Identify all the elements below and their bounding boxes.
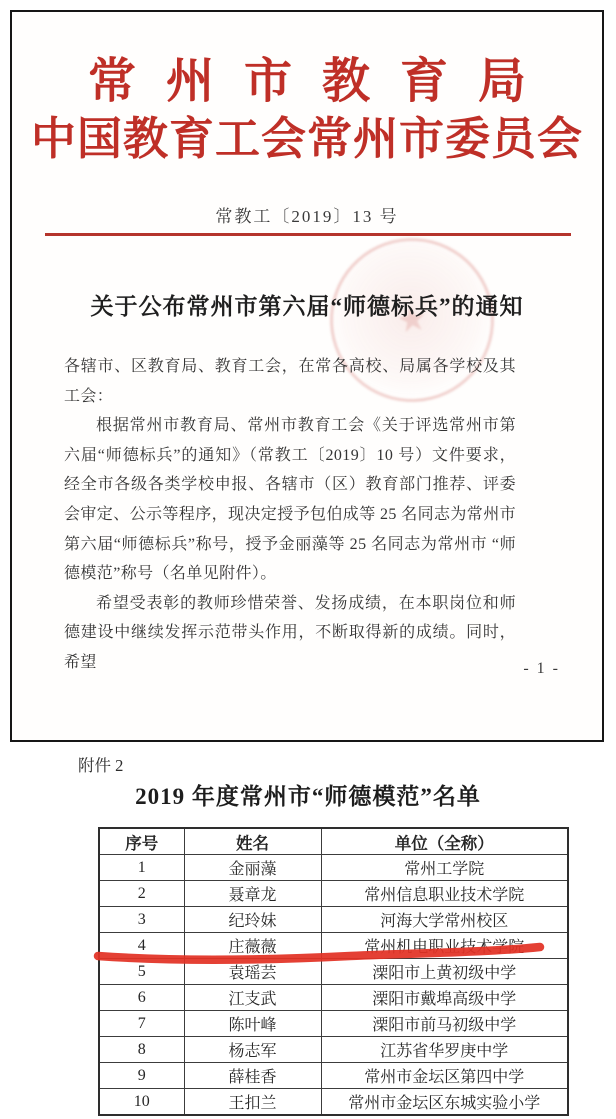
header-serial: 序号 [99,828,184,855]
page-number: - 1 - [523,660,560,678]
issuing-org-line1: 常州市教育局 [12,42,602,111]
issuing-org-line2: 中国教育工会常州市委员会 [12,102,602,167]
unit-cell: 常州机电职业技术学院 [321,933,568,959]
name-cell: 江支武 [184,985,321,1011]
serial-cell: 5 [99,959,184,985]
table-row: 2 聂章龙 常州信息职业技术学院 [99,881,568,907]
unit-cell: 溧阳市戴埠高级中学 [321,985,568,1011]
serial-cell: 8 [99,1037,184,1063]
table-row: 1 金丽藻 常州工学院 [99,855,568,881]
name-cell: 薛桂香 [184,1063,321,1089]
serial-cell: 2 [99,881,184,907]
document-number: 常教工〔2019〕13 号 [12,202,602,227]
name-cell: 纪玲妹 [184,907,321,933]
unit-cell: 常州信息职业技术学院 [321,881,568,907]
unit-cell: 常州工学院 [321,855,568,881]
table-header-row: 序号 姓名 单位（全称） [99,828,568,855]
attachment-label: 附件 2 [78,752,123,776]
name-cell: 陈叶峰 [184,1011,321,1037]
serial-cell: 3 [99,907,184,933]
unit-cell: 常州市金坛区第四中学 [321,1063,568,1089]
serial-cell: 6 [99,985,184,1011]
name-cell: 王扣兰 [184,1089,321,1116]
table-row: 10 王扣兰 常州市金坛区东城实验小学 [99,1089,568,1116]
name-cell: 聂章龙 [184,881,321,907]
roster-table: 序号 姓名 单位（全称） 1 金丽藻 常州工学院 2 聂章龙 常州信息职业技术学… [98,827,569,1116]
serial-cell: 4 [99,933,184,959]
name-cell: 庄薇薇 [184,933,321,959]
notice-body: 各辖市、区教育局、教育工会，在常各高校、局属各学校及其工会： 根据常州市教育局、… [64,352,516,678]
name-cell: 金丽藻 [184,855,321,881]
header-unit: 单位（全称） [321,828,568,855]
unit-cell: 河海大学常州校区 [321,907,568,933]
attachment-title: 2019 年度常州市“师德模范”名单 [0,778,616,811]
red-divider-rule [45,233,571,236]
table-row-highlighted: 4 庄薇薇 常州机电职业技术学院 [99,933,568,959]
salutation-paragraph: 各辖市、区教育局、教育工会，在常各高校、局属各学校及其工会： [64,352,516,411]
unit-cell: 江苏省华罗庚中学 [321,1037,568,1063]
table-row: 6 江支武 溧阳市戴埠高级中学 [99,985,568,1011]
name-cell: 杨志军 [184,1037,321,1063]
body-paragraph-1: 根据常州市教育局、常州市教育工会《关于评选常州市第六届“师德标兵”的通知》（常教… [64,411,516,589]
body-paragraph-2: 希望受表彰的教师珍惜荣誉、发扬成绩，在本职岗位和师德建设中继续发挥示范带头作用，… [64,589,516,678]
table-row: 3 纪玲妹 河海大学常州校区 [99,907,568,933]
serial-cell: 1 [99,855,184,881]
notice-page: 常州市教育局 中国教育工会常州市委员会 常教工〔2019〕13 号 ★ 关于公布… [10,10,604,742]
table-row: 8 杨志军 江苏省华罗庚中学 [99,1037,568,1063]
unit-cell: 常州市金坛区东城实验小学 [321,1089,568,1116]
serial-cell: 10 [99,1089,184,1116]
name-cell: 袁瑶芸 [184,959,321,985]
serial-cell: 9 [99,1063,184,1089]
serial-cell: 7 [99,1011,184,1037]
table-row: 7 陈叶峰 溧阳市前马初级中学 [99,1011,568,1037]
notice-title: 关于公布常州市第六届“师德标兵”的通知 [12,288,602,321]
unit-cell: 溧阳市上黄初级中学 [321,959,568,985]
header-name: 姓名 [184,828,321,855]
table-row: 5 袁瑶芸 溧阳市上黄初级中学 [99,959,568,985]
table-row: 9 薛桂香 常州市金坛区第四中学 [99,1063,568,1089]
unit-cell: 溧阳市前马初级中学 [321,1011,568,1037]
